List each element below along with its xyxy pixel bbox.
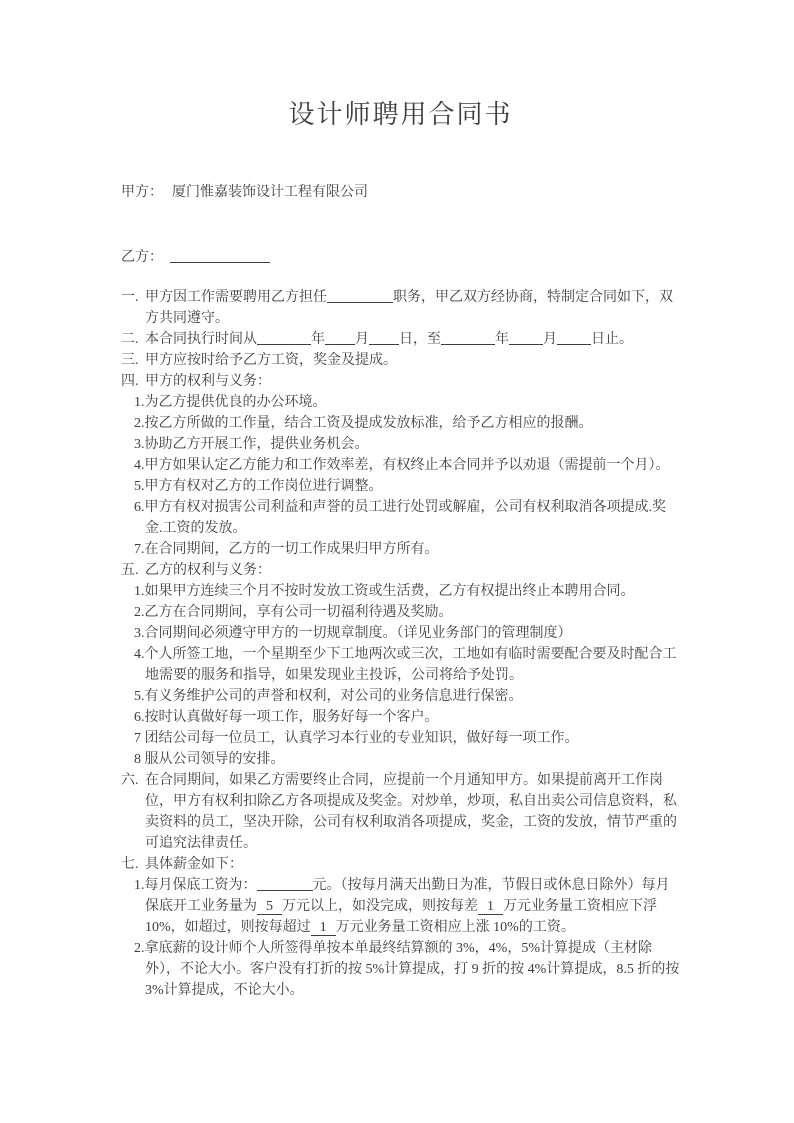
clause: 1.如果甲方连续三个月不按时发放工资或生活费，乙方有权提出终止本聘用合同。: [134, 581, 680, 602]
clause: 六.在合同期间，如果乙方需要终止合同，应提前一个月通知甲方。如果提前离开工作岗位…: [121, 770, 680, 854]
clause-number: 1.: [134, 584, 145, 599]
clause-number: 六.: [121, 770, 145, 791]
clause-number: 5.: [134, 689, 145, 704]
party-a-line: 甲方：厦门惟嘉装饰设计工程有限公司: [121, 182, 680, 203]
clause-number: 2.: [134, 941, 145, 956]
clause-number: 6.: [134, 710, 145, 725]
clause-number: 1.: [134, 395, 145, 410]
clause-number: 4.: [134, 647, 145, 662]
clause-number: 3.: [134, 437, 145, 452]
clause: 6.按时认真做好每一项工作，服务好每一个客户。: [134, 707, 680, 728]
clause-number: 四.: [121, 371, 145, 392]
clause-number: 6.: [134, 500, 145, 515]
clause: 4.个人所签工地，一个星期至少下工地两次或三次，工地如有临时需要配合要及时配合工…: [134, 644, 680, 686]
contract-document-page: 设计师聘用合同书 甲方：厦门惟嘉装饰设计工程有限公司 乙方： 一.甲方因工作需要…: [0, 0, 794, 1123]
clause: 1.每月保底工资为：元。（按每月满天出勤日为准，节假日或休息日除外）每月保底开工…: [134, 875, 680, 938]
clauses: 一.甲方因工作需要聘用乙方担任职务，甲乙双方经协商，特制定合同如下，双方共同遵守…: [121, 287, 680, 1001]
blank-field: [327, 289, 393, 303]
clause: 8 服从公司领导的安排。: [134, 749, 680, 770]
clause-number: 7.: [134, 542, 145, 557]
blank-field: [257, 877, 313, 891]
blank-field: [441, 331, 495, 345]
clause-number: 5.: [134, 479, 145, 494]
clause: 7.在合同期间，乙方的一切工作成果归甲方所有。: [134, 539, 680, 560]
clause-number: 8: [134, 752, 145, 767]
party-a-name: 厦门惟嘉装饰设计工程有限公司: [172, 185, 368, 200]
clause: 七.具体薪金如下：: [121, 854, 680, 875]
party-b-label: 乙方：: [121, 250, 163, 265]
clause-number: 一.: [121, 287, 145, 308]
clause: 5.有义务维护公司的声誉和权利，对公司的业务信息进行保密。: [134, 686, 680, 707]
clause-number: 7: [134, 731, 145, 746]
clause: 5.甲方有权对乙方的工作岗位进行调整。: [134, 476, 680, 497]
document-content: 设计师聘用合同书 甲方：厦门惟嘉装饰设计工程有限公司 乙方： 一.甲方因工作需要…: [0, 0, 794, 1001]
clause-number: 五.: [121, 560, 145, 581]
clause: 2.乙方在合同期间，享有公司一切福利待遇及奖励。: [134, 602, 680, 623]
underlined-value: 1: [311, 920, 336, 936]
blank-field: [557, 331, 591, 345]
clause: 6.甲方有权对损害公司利益和声誉的员工进行处罚或解雇，公司有权利取消各项提成.奖…: [134, 497, 680, 539]
clause: 3.合同期间必须遵守甲方的一切规章制度。（详见业务部门的管理制度）: [134, 623, 680, 644]
clause: 3.协助乙方开展工作，提供业务机会。: [134, 434, 680, 455]
party-a-label: 甲方：: [121, 185, 163, 200]
clause-number: 三.: [121, 350, 145, 371]
clause: 四.甲方的权利与义务：: [121, 371, 680, 392]
underlined-value: 1: [478, 899, 503, 915]
clause: 一.甲方因工作需要聘用乙方担任职务，甲乙双方经协商，特制定合同如下，双方共同遵守…: [121, 287, 680, 329]
blank-field: [509, 331, 543, 345]
clause: 1.为乙方提供优良的办公环境。: [134, 392, 680, 413]
clause: 五.乙方的权利与义务：: [121, 560, 680, 581]
clause: 7 团结公司每一位员工，认真学习本行业的专业知识，做好每一项工作。: [134, 728, 680, 749]
clause-number: 1.: [134, 878, 145, 893]
clause-number: 七.: [121, 854, 145, 875]
clause: 4.甲方如果认定乙方能力和工作效率差，有权终止本合同并予以劝退（需提前一个月）。: [134, 455, 680, 476]
blank-field: [369, 331, 399, 345]
party-b-blank-field: [170, 249, 270, 263]
clause: 2.拿底薪的设计师个人所签得单按本单最终结算额的 3%，4%，5%计算提成（主材…: [134, 938, 680, 1001]
blank-field: [257, 331, 311, 345]
clause-number: 3.: [134, 626, 145, 641]
clause-number: 二.: [121, 329, 145, 350]
document-title: 设计师聘用合同书: [121, 98, 680, 132]
clause: 三.甲方应按时给予乙方工资，奖金及提成。: [121, 350, 680, 371]
clause-number: 4.: [134, 458, 145, 473]
blank-field: [325, 331, 355, 345]
clause: 二.本合同执行时间从年月日，至年月日止。: [121, 329, 680, 350]
clause-number: 2.: [134, 416, 145, 431]
underlined-value: 5: [257, 899, 282, 915]
clause: 2.按乙方所做的工作量，结合工资及提成发放标准，给予乙方相应的报酬。: [134, 413, 680, 434]
party-b-line: 乙方：: [121, 247, 680, 268]
clause-number: 2.: [134, 605, 145, 620]
